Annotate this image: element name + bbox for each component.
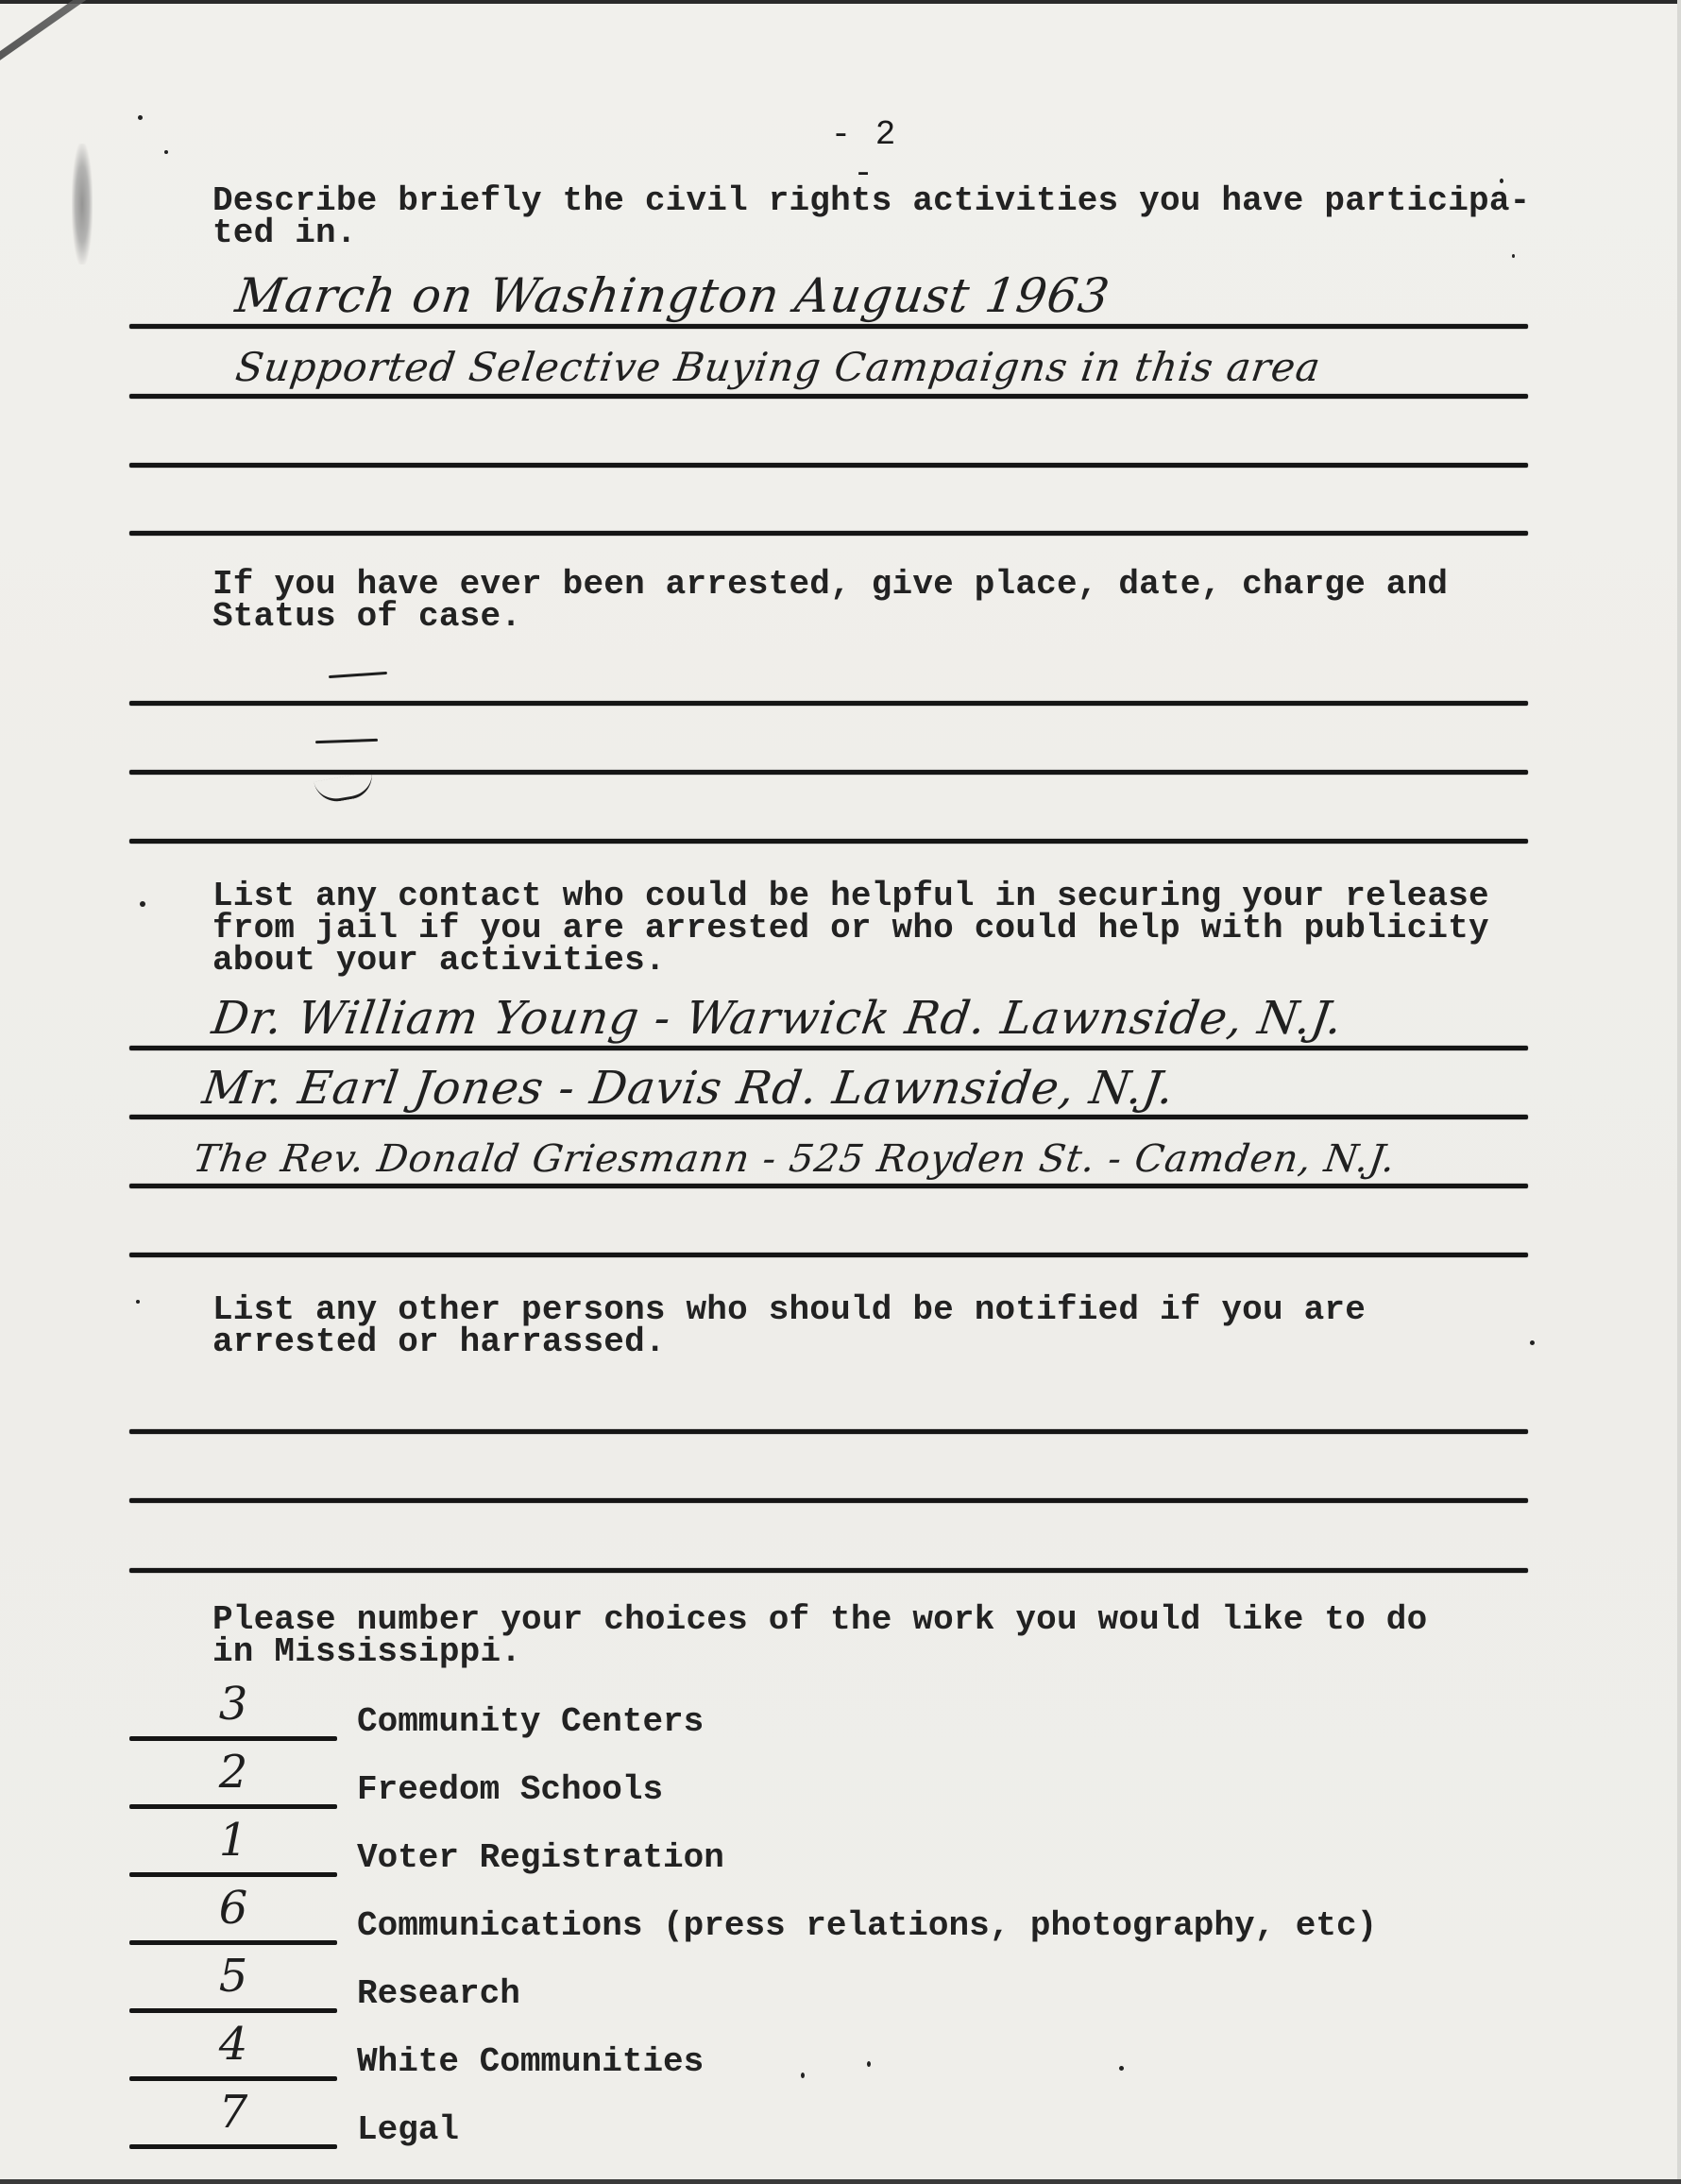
answer-contact-2[interactable]: Mr. Earl Jones - Davis Rd. Lawnside, N.J… [199,1062,1178,1115]
scan-speck [801,2073,805,2078]
question-arrests-line2: Status of case. [212,601,521,633]
answer-line [129,324,1528,329]
scan-speck [138,115,143,120]
choice-label: Community Centers [357,1702,704,1741]
answer-line [129,1115,1528,1119]
scan-speck [1530,1340,1535,1345]
question-work-line2: in Mississippi. [212,1636,521,1668]
answer-civil-rights-1[interactable]: March on Washington August 1963 [232,268,1113,323]
answer-line [129,1498,1528,1503]
scan-speck [1119,2066,1124,2071]
question-notify-line2: arrested or harrassed. [212,1326,666,1358]
scan-speck [136,1300,140,1304]
choice-rank-field[interactable]: 7 [129,2086,337,2139]
question-work-line1: Please number your choices of the work y… [212,1604,1427,1636]
question-notify-line1: List any other persons who should be not… [212,1294,1366,1326]
question-contacts-line1: List any contact who could be helpful in… [212,880,1489,913]
choice-rank-field[interactable]: 1 [129,1814,337,1867]
answer-line [129,770,1528,775]
question-civil-rights-line1: Describe briefly the civil rights activi… [212,185,1530,217]
choice-rank-line [129,2144,337,2149]
dash-mark-1 [329,672,387,678]
choice-label: Legal [357,2110,459,2149]
answer-civil-rights-2[interactable]: Supported Selective Buying Campaigns in … [233,344,1324,390]
answer-line [129,531,1528,536]
answer-line [129,839,1528,844]
answer-line [129,1568,1528,1573]
choice-rank-field[interactable]: 3 [129,1678,337,1731]
choice-rank-field[interactable]: 2 [129,1746,337,1799]
dash-mark-2 [315,739,378,743]
answer-line [129,463,1528,468]
answer-line [129,1429,1528,1434]
dash-mark-3 [314,772,375,805]
scan-speck [164,150,168,154]
corner-fold-mark [0,0,140,65]
choice-label: Voter Registration [357,1838,724,1877]
choice-rank-line [129,2076,337,2081]
question-arrests-line1: If you have ever been arrested, give pla… [212,569,1448,601]
question-contacts-line2: from jail if you are arrested or who cou… [212,913,1489,945]
answer-line [129,1046,1528,1050]
scan-border-right [1677,0,1681,2184]
question-civil-rights-line2: ted in. [212,217,357,249]
margin-smudge [72,144,93,264]
question-contacts-line3: about your activities. [212,945,666,977]
choice-label: Communications (press relations, photogr… [357,1906,1377,1945]
choice-rank-field[interactable]: 4 [129,2018,337,2071]
scan-speck [867,2061,871,2067]
scan-border-bottom [0,2179,1681,2184]
choice-rank-field[interactable]: 5 [129,1950,337,2003]
scan-speck [1512,254,1515,258]
choice-rank-line [129,1872,337,1877]
answer-line [129,1184,1528,1188]
answer-line [129,1253,1528,1257]
answer-line [129,701,1528,706]
choice-rank-line [129,2008,337,2013]
document-page: - 2 - Describe briefly the civil rights … [0,4,1677,2179]
answer-contact-1[interactable]: Dr. William Young - Warwick Rd. Lawnside… [209,992,1346,1045]
choice-rank-field[interactable]: 6 [129,1882,337,1935]
answer-line [129,394,1528,399]
answer-contact-3[interactable]: The Rev. Donald Griesmann - 525 Royden S… [191,1137,1399,1181]
choice-rank-line [129,1940,337,1945]
choice-rank-line [129,1804,337,1809]
scan-speck [140,901,145,907]
choice-rank-line [129,1736,337,1741]
scan-speck [1500,179,1503,183]
choice-label: White Communities [357,2042,704,2081]
choice-label: Freedom Schools [357,1770,663,1809]
choice-label: Research [357,1974,520,2013]
